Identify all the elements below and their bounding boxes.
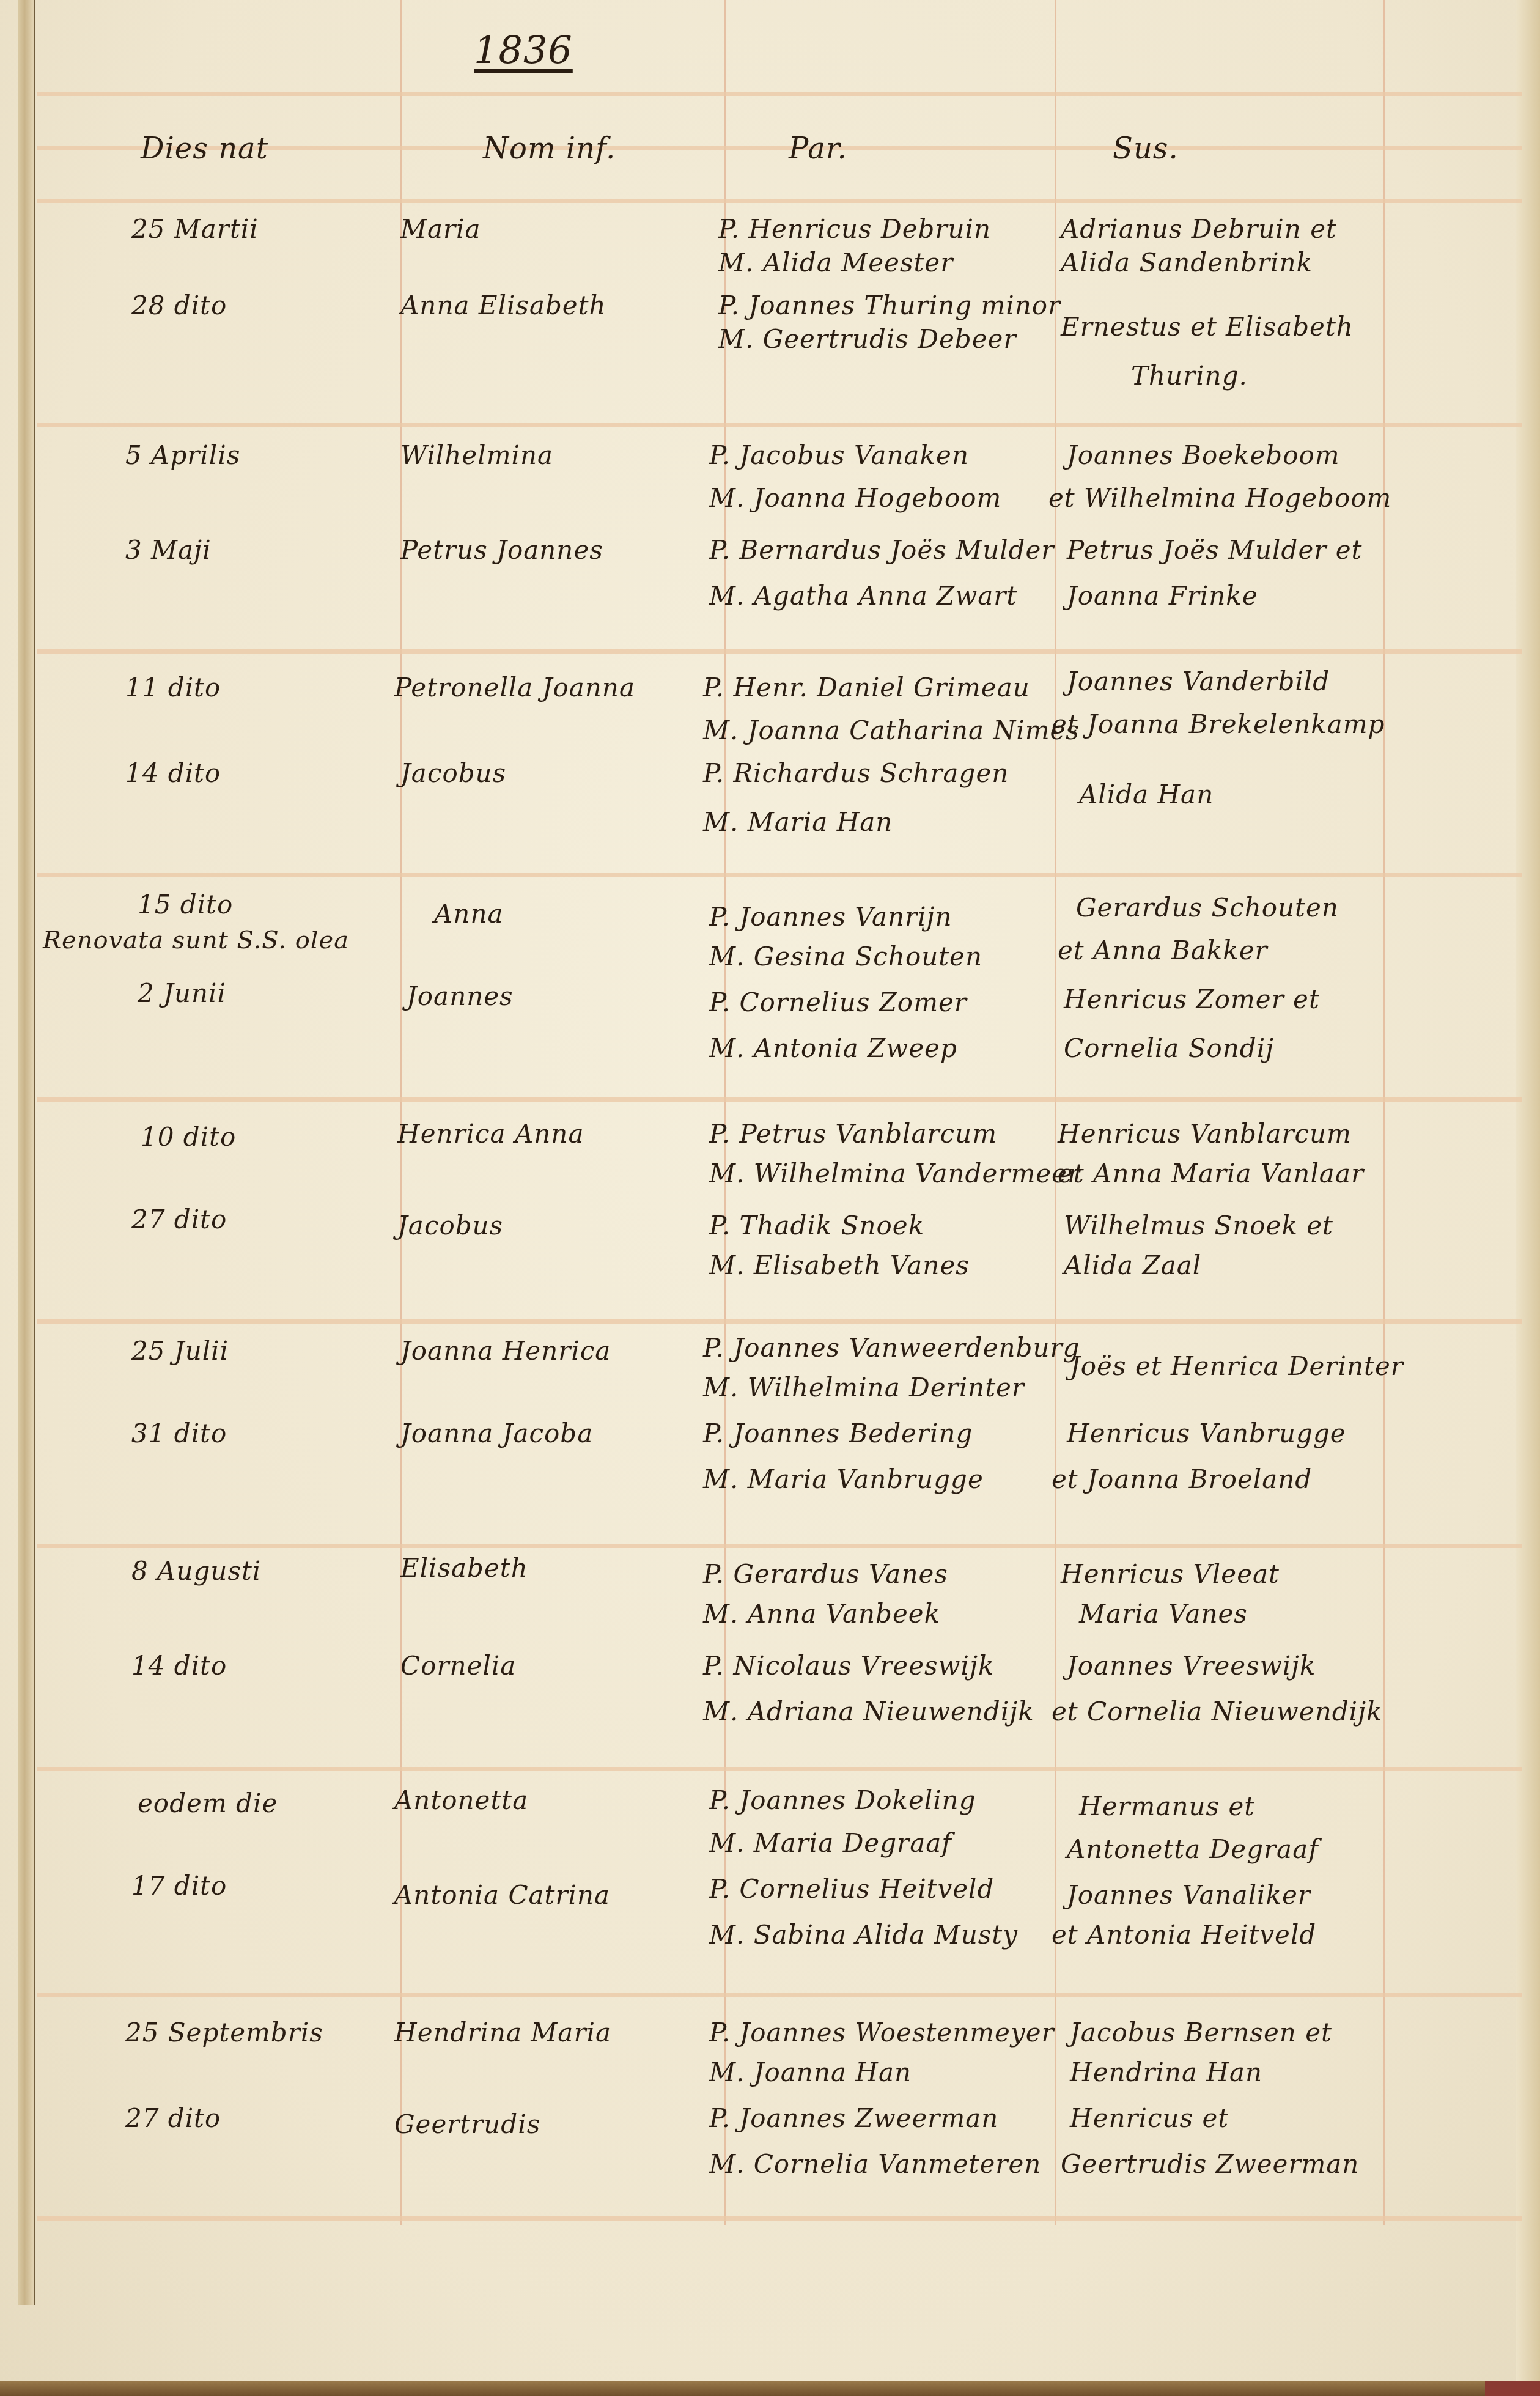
entry-date: 3 Maji [125, 535, 212, 565]
entry-child: Hendrina Maria [394, 2018, 611, 2048]
entry-child: Petronella Joanna [394, 673, 635, 702]
entry-child: Antonia Catrina [394, 1880, 610, 1910]
column-rule [1383, 0, 1385, 2225]
entry-sponsor: et Cornelia Nieuwendijk [1052, 1697, 1382, 1727]
entry-date: 25 Martii [131, 214, 259, 244]
entry-mother: M. Maria Vanbrugge [703, 1464, 984, 1494]
entry-father: P. Bernardus Joës Mulder [709, 535, 1054, 565]
entry-sponsor: Petrus Joës Mulder et [1067, 535, 1362, 565]
entry-father: P. Cornelius Heitveld [709, 1874, 994, 1904]
entry-sponsor: Henricus Vanblarcum [1058, 1119, 1352, 1149]
entry-mother: M. Alida Meester [718, 248, 953, 278]
entry-mother: M. Maria Han [703, 807, 893, 837]
entry-date: 27 dito [131, 1204, 227, 1234]
entry-child: Antonetta [394, 1785, 528, 1815]
entry-sponsor: Hendrina Han [1070, 2057, 1262, 2087]
entry-sponsor: Geertrudis Zweerman [1061, 2149, 1359, 2179]
entry-sponsor: Alida Han [1079, 780, 1214, 809]
entry-father: P. Joannes Zweerman [709, 2103, 998, 2133]
entry-date: 31 dito [131, 1418, 227, 1448]
register-page: 1836 Dies nat Nom inf. Par. Sus. 25 Mart… [0, 0, 1540, 2396]
entry-sponsor: Ernestus et Elisabeth [1061, 312, 1354, 342]
row-rule [37, 423, 1522, 427]
page-edge [1516, 0, 1540, 2396]
entry-father: P. Joannes Vanrijn [709, 902, 952, 932]
entry-mother: M. Maria Degraaf [709, 1828, 952, 1858]
row-rule [37, 1097, 1522, 1102]
register-year: 1836 [474, 28, 573, 72]
column-rule [1055, 0, 1056, 2225]
entry-child: Joanna Henrica [400, 1336, 611, 1366]
entry-sponsor: Thuring. [1131, 361, 1248, 391]
entry-date: 15 dito [138, 890, 233, 920]
entry-sponsor: Hermanus et [1079, 1791, 1255, 1821]
entry-father: P. Joannes Bedering [703, 1418, 973, 1448]
entry-sponsor: Wilhelmus Snoek et [1064, 1211, 1333, 1240]
header-date: Dies nat [141, 131, 268, 166]
entry-child: Cornelia [400, 1651, 516, 1681]
header-parents: Par. [789, 131, 847, 166]
entry-date: 17 dito [131, 1871, 227, 1901]
entry-father: P. Henricus Debruin [718, 214, 991, 244]
entry-child: Elisabeth [400, 1553, 528, 1583]
row-rule [37, 92, 1522, 96]
entry-child: Anna Elisabeth [400, 290, 606, 320]
entry-date: 14 dito [131, 1651, 227, 1681]
entry-child: Wilhelmina [400, 440, 553, 470]
entry-father: P. Joannes Vanweerdenburg [703, 1333, 1080, 1363]
entry-sponsor: Joanna Frinke [1067, 581, 1258, 611]
entry-father: P. Gerardus Vanes [703, 1559, 948, 1589]
entry-sponsor: et Wilhelmina Hogeboom [1048, 483, 1391, 513]
entry-date: 5 Aprilis [125, 440, 240, 470]
entry-sponsor: Joannes Vreeswijk [1067, 1651, 1316, 1681]
entry-mother: M. Joanna Hogeboom [709, 483, 1001, 513]
entry-date: 25 Julii [131, 1336, 229, 1366]
entry-father: P. Cornelius Zomer [709, 987, 967, 1017]
entry-sponsor: et Antonia Heitveld [1052, 1920, 1316, 1950]
page-binding [18, 0, 35, 2305]
entry-child: Henrica Anna [397, 1119, 584, 1149]
entry-mother: M. Joanna Catharina Nimes [703, 715, 1080, 745]
entry-sponsor: Joës et Henrica Derinter [1070, 1351, 1404, 1381]
entry-child: Geertrudis [394, 2109, 540, 2139]
entry-child: Joanna Jacoba [400, 1418, 593, 1448]
entry-child: Anna [434, 899, 503, 929]
row-rule [37, 1993, 1522, 1997]
entry-date: 11 dito [125, 673, 221, 702]
entry-date: 25 Septembris [125, 2018, 323, 2048]
entry-father: P. Henr. Daniel Grimeau [703, 673, 1030, 702]
entry-sponsor: Henricus Vleeat [1061, 1559, 1280, 1589]
entry-father: P. Jacobus Vanaken [709, 440, 969, 470]
entry-sponsor: Joannes Vanaliker [1067, 1880, 1311, 1910]
header-child-name: Nom inf. [483, 131, 616, 166]
row-rule [37, 873, 1522, 877]
entry-sponsor: Antonetta Degraaf [1067, 1834, 1319, 1864]
entry-child: Petrus Joannes [400, 535, 603, 565]
entry-sponsor: Gerardus Schouten [1076, 893, 1339, 923]
entry-child: Jacobus [400, 758, 506, 788]
entry-sponsor: Alida Zaal [1064, 1250, 1201, 1280]
entry-sponsor: Cornelia Sondij [1064, 1033, 1274, 1063]
entry-mother: M. Wilhelmina Derinter [703, 1373, 1025, 1403]
entry-sponsor: Henricus Zomer et [1064, 984, 1320, 1014]
entry-sponsor: Henricus Vanbrugge [1067, 1418, 1346, 1448]
entry-sponsor: et Anna Bakker [1058, 935, 1268, 965]
entry-date: 14 dito [125, 758, 221, 788]
entry-sponsor: Adrianus Debruin et [1061, 214, 1337, 244]
entry-sponsor: Joannes Vanderbild [1067, 666, 1330, 696]
cover-corner [1485, 2381, 1540, 2396]
entry-date: 27 dito [125, 2103, 221, 2133]
row-rule [37, 2216, 1522, 2221]
entry-father: P. Joannes Woestenmeyer [709, 2018, 1055, 2048]
entry-mother: M. Adriana Nieuwendijk [703, 1697, 1034, 1727]
entry-child: Maria [400, 214, 481, 244]
entry-date: 2 Junii [138, 978, 226, 1008]
margin-note: Renovata sunt S.S. olea [43, 926, 349, 954]
row-rule [37, 649, 1522, 654]
entry-date: eodem die [138, 1788, 278, 1818]
entry-sponsor: Henricus et [1070, 2103, 1229, 2133]
entry-father: P. Thadik Snoek [709, 1211, 924, 1240]
row-rule [37, 1319, 1522, 1324]
entry-mother: M. Antonia Zweep [709, 1033, 957, 1063]
entry-mother: M. Elisabeth Vanes [709, 1250, 970, 1280]
entry-mother: M. Gesina Schouten [709, 942, 982, 971]
row-rule [37, 1767, 1522, 1771]
entry-father: P. Joannes Dokeling [709, 1785, 976, 1815]
entry-child: Jacobus [397, 1211, 503, 1240]
entry-sponsor: Alida Sandenbrink [1061, 248, 1313, 278]
entry-father: P. Joannes Thuring minor [718, 290, 1061, 320]
header-sponsors: Sus. [1113, 131, 1179, 166]
entry-sponsor: et Anna Maria Vanlaar [1058, 1159, 1364, 1189]
entry-mother: M. Wilhelmina Vandermeer [709, 1159, 1080, 1189]
entry-mother: M. Geertrudis Debeer [718, 324, 1016, 354]
entry-mother: M. Agatha Anna Zwart [709, 581, 1017, 611]
entry-mother: M. Joanna Han [709, 2057, 912, 2087]
page-bottom-edge [0, 2381, 1540, 2396]
row-rule [37, 199, 1522, 203]
entry-father: P. Nicolaus Vreeswijk [703, 1651, 994, 1681]
entry-mother: M. Cornelia Vanmeteren [709, 2149, 1041, 2179]
entry-sponsor: et Joanna Broeland [1052, 1464, 1312, 1494]
row-rule [37, 1544, 1522, 1548]
entry-mother: M. Anna Vanbeek [703, 1599, 940, 1629]
entry-date: 28 dito [131, 290, 227, 320]
entry-sponsor: Jacobus Bernsen et [1070, 2018, 1332, 2048]
entry-mother: M. Sabina Alida Musty [709, 1920, 1018, 1950]
entry-father: P. Petrus Vanblarcum [709, 1119, 997, 1149]
entry-child: Joannes [407, 981, 514, 1011]
entry-date: 10 dito [141, 1122, 236, 1152]
entry-sponsor: Maria Vanes [1079, 1599, 1248, 1629]
entry-sponsor: Joannes Boekeboom [1067, 440, 1340, 470]
entry-sponsor: et Joanna Brekelenkamp [1052, 709, 1385, 739]
entry-date: 8 Augusti [131, 1556, 261, 1586]
entry-father: P. Richardus Schragen [703, 758, 1009, 788]
